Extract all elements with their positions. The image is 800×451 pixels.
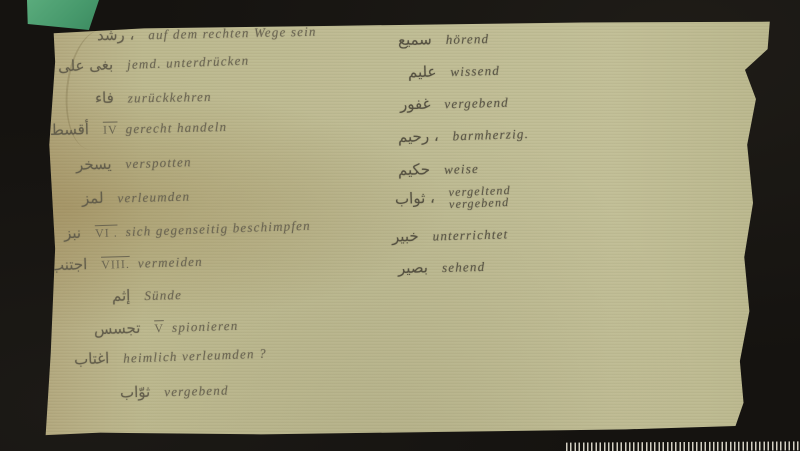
arabic-word: إثم (112, 286, 131, 304)
arabic-word: اغتاب (74, 349, 110, 368)
arabic-word: سميع (398, 30, 432, 49)
arabic-word: لمز (82, 189, 104, 208)
vocab-entry: رشد ،auf dem rechten Wege sein (97, 22, 317, 46)
arabic-word: رشد ، (97, 26, 135, 45)
verb-form-numeral: IV (103, 122, 118, 136)
verb-form-numeral: V (154, 321, 164, 335)
paper-scrap: رشد ،auf dem rechten Wege sein بغى علىje… (42, 20, 772, 436)
vocab-entry: سميعhörend (398, 29, 490, 50)
arabic-word: بغى على (58, 55, 114, 75)
arabic-word: غفور (400, 95, 431, 114)
vocab-entry: أقسطIVgerecht handeln (50, 117, 228, 140)
german-translation: vergebend (444, 95, 509, 112)
german-translation: spionieren (172, 318, 239, 335)
verb-form-numeral: VI . (95, 225, 118, 240)
vocab-entry: تجسسVspionieren (94, 316, 239, 340)
german-translation: weise (444, 161, 479, 177)
verb-form-numeral: VIII. (101, 257, 130, 272)
photo-background: رشد ،auf dem rechten Wege sein بغى علىje… (0, 0, 800, 451)
vocab-entry: اجتنبVIII.vermeiden (50, 252, 203, 276)
arabic-word: بصير (398, 258, 428, 277)
german-translation: vergebend (164, 382, 229, 399)
vocab-entry: خبيرunterrichtet (392, 224, 509, 246)
arabic-word: رحيم ، (398, 127, 439, 146)
vocab-entry: إثمSünde (112, 285, 183, 306)
vocab-entry: ثوّابvergebend (120, 380, 229, 402)
vocab-entry: فاءzurückkehren (95, 87, 212, 108)
german-translation: sehend (442, 259, 486, 275)
german-translation: barmherzig. (452, 126, 529, 143)
ruler-scale (566, 441, 800, 451)
vocab-entry: اغتابheimlich verleumden ? (74, 344, 267, 370)
arabic-word: عليم (408, 62, 437, 81)
german-translation: heimlich verleumden ? (123, 346, 267, 366)
german-translation: hörend (446, 31, 490, 47)
german-translation: sich gegenseitig beschimpfen (125, 218, 311, 239)
german-translation: wissend (450, 63, 500, 79)
arabic-word: يسخر (76, 155, 112, 174)
arabic-word: نبز (64, 224, 82, 243)
arabic-word: ثوّاب (120, 383, 151, 402)
german-translation: gerecht handeln (125, 119, 227, 136)
german-translation: auf dem rechten Wege sein (148, 24, 317, 43)
german-translation: unterrichtet (432, 226, 508, 243)
vocab-entry: عليمwissend (408, 61, 500, 82)
arabic-word: فاء (95, 89, 114, 107)
german-translation: vermeiden (138, 254, 203, 271)
german-translation: zurückkehren (128, 89, 212, 105)
vocab-entry: ثواب ،vergeltendvergebend (395, 184, 512, 212)
german-translation: Sünde (144, 287, 182, 303)
vocab-entry: حكيمweise (398, 159, 479, 180)
vocab-entry: يسخرverspotten (76, 152, 192, 175)
german-translation: verspotten (125, 154, 192, 171)
german-translation: verleumden (117, 189, 190, 206)
arabic-word: تجسس (94, 319, 141, 338)
vocab-entry: لمزverleumden (82, 187, 191, 209)
arabic-word: ثواب ، (395, 188, 435, 207)
german-translation-variant: vergebend (449, 195, 510, 211)
vocab-entry: رحيم ،barmherzig. (398, 124, 530, 147)
vocab-entry: نبزVI .sich gegenseitig beschimpfen (64, 216, 311, 244)
vocab-entry: غفورvergebend (400, 93, 509, 115)
arabic-word: اجتنب (50, 255, 88, 274)
german-translation: jemd. unterdrücken (127, 53, 250, 72)
vocab-entry: بصيرsehend (398, 257, 486, 278)
arabic-word: خبير (392, 227, 419, 246)
arabic-word: حكيم (398, 160, 431, 179)
arabic-word: أقسط (50, 120, 89, 139)
green-archive-tab (27, 0, 99, 30)
